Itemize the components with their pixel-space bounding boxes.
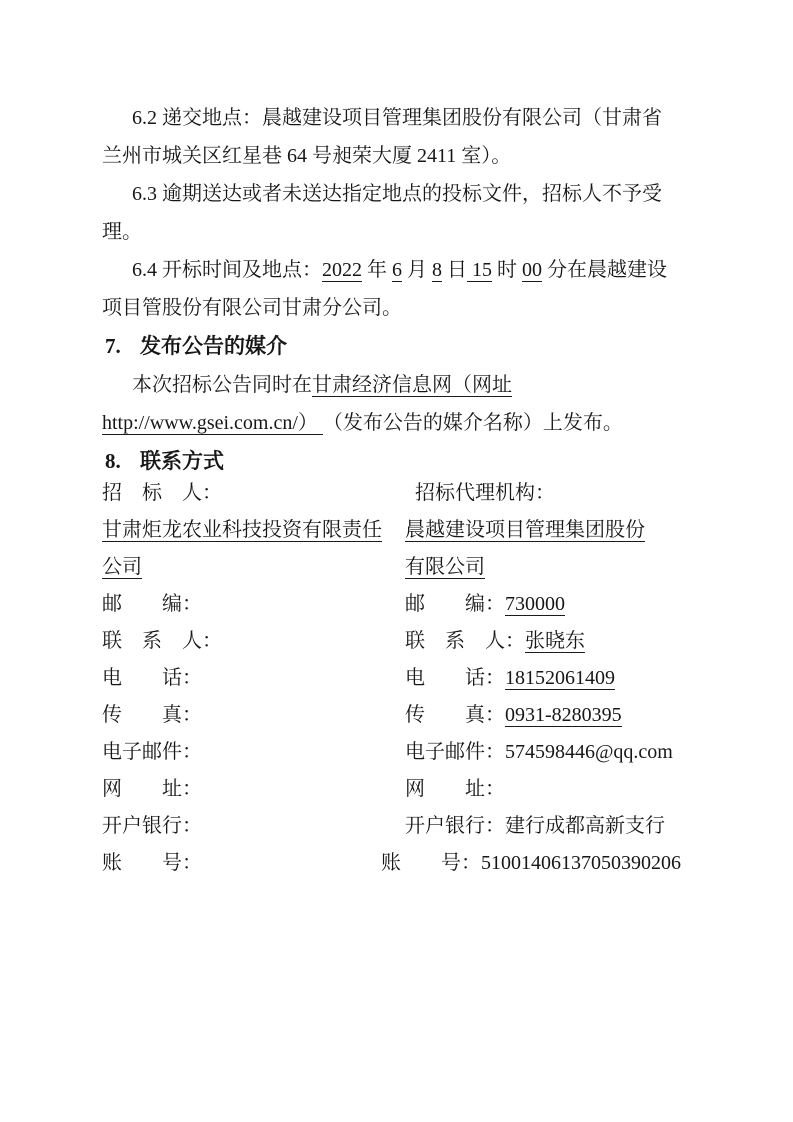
underlined-fill-in-text: 2022 (322, 259, 362, 282)
section-7-title: 发布公告的媒介 (140, 335, 287, 358)
paragraph-6-4: 6.4 开标时间及地点：2022 年 6 月 8 日 15 时 00 分在晨越建… (102, 251, 747, 327)
text-segment: 月 (402, 259, 432, 281)
agency-fax: 传 真：0931-8280395 (405, 697, 747, 734)
email-row: 电子邮件： 电子邮件：574598446@qq.com (102, 734, 747, 771)
paragraph-6-2-line-2: 兰州市城关区红星巷 64 号昶荣大厦 2411 室）。 (102, 137, 747, 175)
text-segment: （发布公告的媒介名称）上发布。 (323, 412, 623, 434)
underlined-fill-in-text: 6 (392, 259, 402, 282)
tenderer-website: 网 址： (102, 771, 405, 808)
paragraph-7: 本次招标公告同时在甘肃经济信息网（网址 http://www.gsei.com.… (102, 366, 747, 442)
text-segment: 6.3 逾期送达或者未送达指定地点的投标文件，招标人不予受 (132, 183, 662, 205)
tenderer-phone: 电 话： (102, 660, 405, 697)
tenderer-name: 甘肃炬龙农业科技投资有限责任 公司 (102, 512, 405, 586)
agency-bank: 开户银行：建行成都高新支行 (405, 808, 747, 845)
contact-person-value: 张晓东 (525, 630, 585, 653)
tenderer-bank: 开户银行： (102, 808, 405, 845)
postal-code-row: 邮 编： 邮 编：730000 (102, 586, 747, 623)
agency-name: 晨越建设项目管理集团股份 有限公司 (405, 512, 747, 586)
website-row: 网 址： 网 址： (102, 771, 747, 808)
agency-label: 招标代理机构： (405, 475, 747, 512)
paragraph-6-4-line-2: 项目管股份有限公司甘肃分公司。 (102, 289, 747, 327)
tenderer-account-number: 账 号： (102, 845, 405, 882)
agency-column: 招标代理机构： (405, 475, 747, 512)
paragraph-6-3: 6.3 逾期送达或者未送达指定地点的投标文件，招标人不予受 理。 (102, 175, 747, 251)
agency-phone: 电 话：18152061409 (405, 660, 747, 697)
section-7-number: 7. (105, 327, 140, 365)
fax-value: 0931-8280395 (505, 704, 622, 727)
email-label: 电子邮件： (405, 741, 505, 763)
text-segment: 年 (362, 259, 392, 281)
agency-contact-person: 联 系 人：张晓东 (405, 623, 747, 660)
underlined-fill-in-text: 15 (467, 259, 492, 282)
contact-company-name-row: 甘肃炬龙农业科技投资有限责任 公司 晨越建设项目管理集团股份 有限公司 (102, 512, 747, 586)
paragraph-6-2-line-1: 6.2 递交地点：晨越建设项目管理集团股份有限公司（甘肃省 (102, 99, 747, 137)
fax-label: 传 真： (405, 704, 505, 726)
text-segment: 兰州市城关区红星巷 64 号昶荣大厦 2411 室）。 (102, 145, 511, 167)
text-segment: 日 (442, 259, 467, 281)
tenderer-column: 招 标 人： (102, 475, 405, 512)
tenderer-fax: 传 真： (102, 697, 405, 734)
paragraph-6-2: 6.2 递交地点：晨越建设项目管理集团股份有限公司（甘肃省 兰州市城关区红星巷 … (102, 99, 747, 175)
paragraph-7-line-1: 本次招标公告同时在甘肃经济信息网（网址 (102, 366, 747, 404)
text-segment: 项目管股份有限公司甘肃分公司。 (102, 297, 402, 319)
underlined-fill-in-text: 00 (522, 259, 542, 282)
text-segment: 本次招标公告同时在 (132, 374, 312, 396)
tenderer-name-line-2: 公司 (102, 549, 405, 586)
paragraph-7-line-2: http://www.gsei.com.cn/） （发布公告的媒介名称）上发布。 (102, 404, 747, 442)
contacts-block: 招 标 人： 招标代理机构： 甘肃炬龙农业科技投资有限责任 公司 晨越建设项目管… (102, 475, 747, 882)
email-value: 574598446@qq.com (505, 741, 673, 763)
tenderer-contact-person: 联 系 人： (102, 623, 405, 660)
underlined-fill-in-text: 8 (432, 259, 442, 282)
postal-code-value: 730000 (505, 593, 565, 616)
paragraph-6-4-line-1: 6.4 开标时间及地点：2022 年 6 月 8 日 15 时 00 分在晨越建… (102, 251, 747, 289)
tenderer-label: 招 标 人： (102, 475, 405, 512)
contact-party-label-row: 招 标 人： 招标代理机构： (102, 475, 747, 512)
postal-code-label: 邮 编： (405, 593, 505, 615)
agency-postal-code: 邮 编：730000 (405, 586, 747, 623)
account-number-value: 51001406137050390206 (481, 852, 681, 874)
account-number-row: 账 号： 账 号：51001406137050390206 (102, 845, 747, 882)
phone-row: 电 话： 电 话：18152061409 (102, 660, 747, 697)
text-segment: 分在晨越建设 (542, 259, 667, 281)
agency-name-line-2: 有限公司 (405, 549, 747, 586)
section-7-heading: 7.发布公告的媒介 (102, 327, 747, 366)
underlined-fill-in-text: http://www.gsei.com.cn/） (102, 412, 323, 435)
text-segment: 6.4 开标时间及地点： (132, 259, 322, 281)
bank-row: 开户银行： 开户银行：建行成都高新支行 (102, 808, 747, 845)
account-number-label: 账 号： (381, 852, 481, 874)
agency-website: 网 址： (405, 771, 747, 808)
website-label: 网 址： (405, 778, 505, 800)
bank-value: 建行成都高新支行 (505, 815, 665, 837)
paragraph-6-3-line-2: 理。 (102, 213, 747, 251)
tenderer-email: 电子邮件： (102, 734, 405, 771)
paragraph-6-3-line-1: 6.3 逾期送达或者未送达指定地点的投标文件，招标人不予受 (102, 175, 747, 213)
agency-account-number: 账 号：51001406137050390206 (405, 845, 747, 882)
text-segment: 理。 (102, 221, 142, 243)
tenderer-name-line-1: 甘肃炬龙农业科技投资有限责任 (102, 512, 405, 549)
text-segment: 时 (492, 259, 522, 281)
underlined-fill-in-text: 甘肃经济信息网（网址 (312, 374, 512, 397)
contact-person-label: 联 系 人： (405, 630, 525, 652)
text-segment: 6.2 递交地点：晨越建设项目管理集团股份有限公司（甘肃省 (132, 107, 662, 129)
fax-row: 传 真： 传 真：0931-8280395 (102, 697, 747, 734)
agency-email: 电子邮件：574598446@qq.com (405, 734, 747, 771)
tenderer-postal-code: 邮 编： (102, 586, 405, 623)
phone-value: 18152061409 (505, 667, 615, 690)
phone-label: 电 话： (405, 667, 505, 689)
agency-name-line-1: 晨越建设项目管理集团股份 (405, 512, 747, 549)
contact-person-row: 联 系 人： 联 系 人：张晓东 (102, 623, 747, 660)
document-page: 6.2 递交地点：晨越建设项目管理集团股份有限公司（甘肃省 兰州市城关区红星巷 … (0, 0, 793, 1122)
section-8-title: 联系方式 (140, 450, 224, 473)
bank-label: 开户银行： (405, 815, 505, 837)
